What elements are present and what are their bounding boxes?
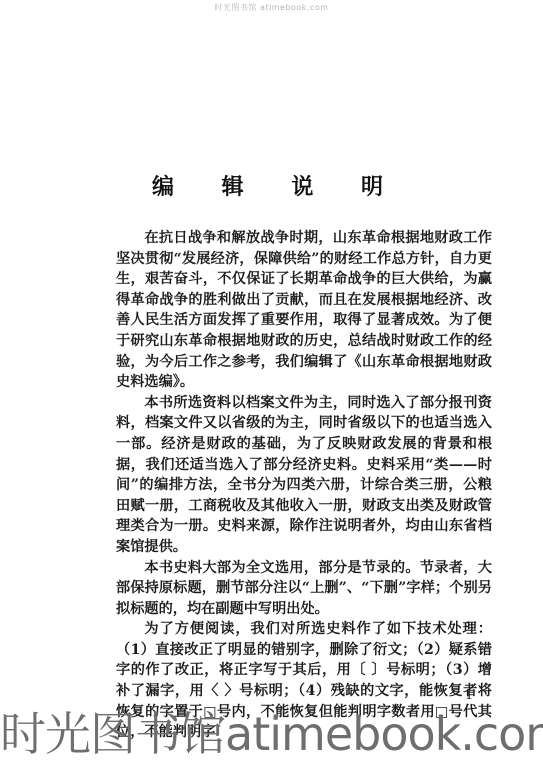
body-text: 在抗日战争和解放战争时期，山东革命根据地财政工作坚决贯彻“发展经济，保障供给”的… — [116, 228, 492, 743]
top-watermark: 时光图书馆 atimebook.com — [0, 2, 543, 13]
bottom-watermark: 时光图书馆atimebook.com — [0, 706, 543, 762]
paragraph-3: 本书史料大部为全文选用，部分是节录的。节录者，大部保持原标题，删节部分注以“上删… — [116, 558, 492, 620]
paragraph-1: 在抗日战争和解放战争时期，山东革命根据地财政工作坚决贯彻“发展经济，保障供给”的… — [116, 228, 492, 393]
page-number: 1 — [465, 688, 473, 703]
paragraph-2: 本书所选资料以档案文件为主，同时选入了部分报刊资料，档案文件又以省级的为主，同时… — [116, 393, 492, 558]
page-title: 编 辑 说 明 — [0, 170, 543, 201]
